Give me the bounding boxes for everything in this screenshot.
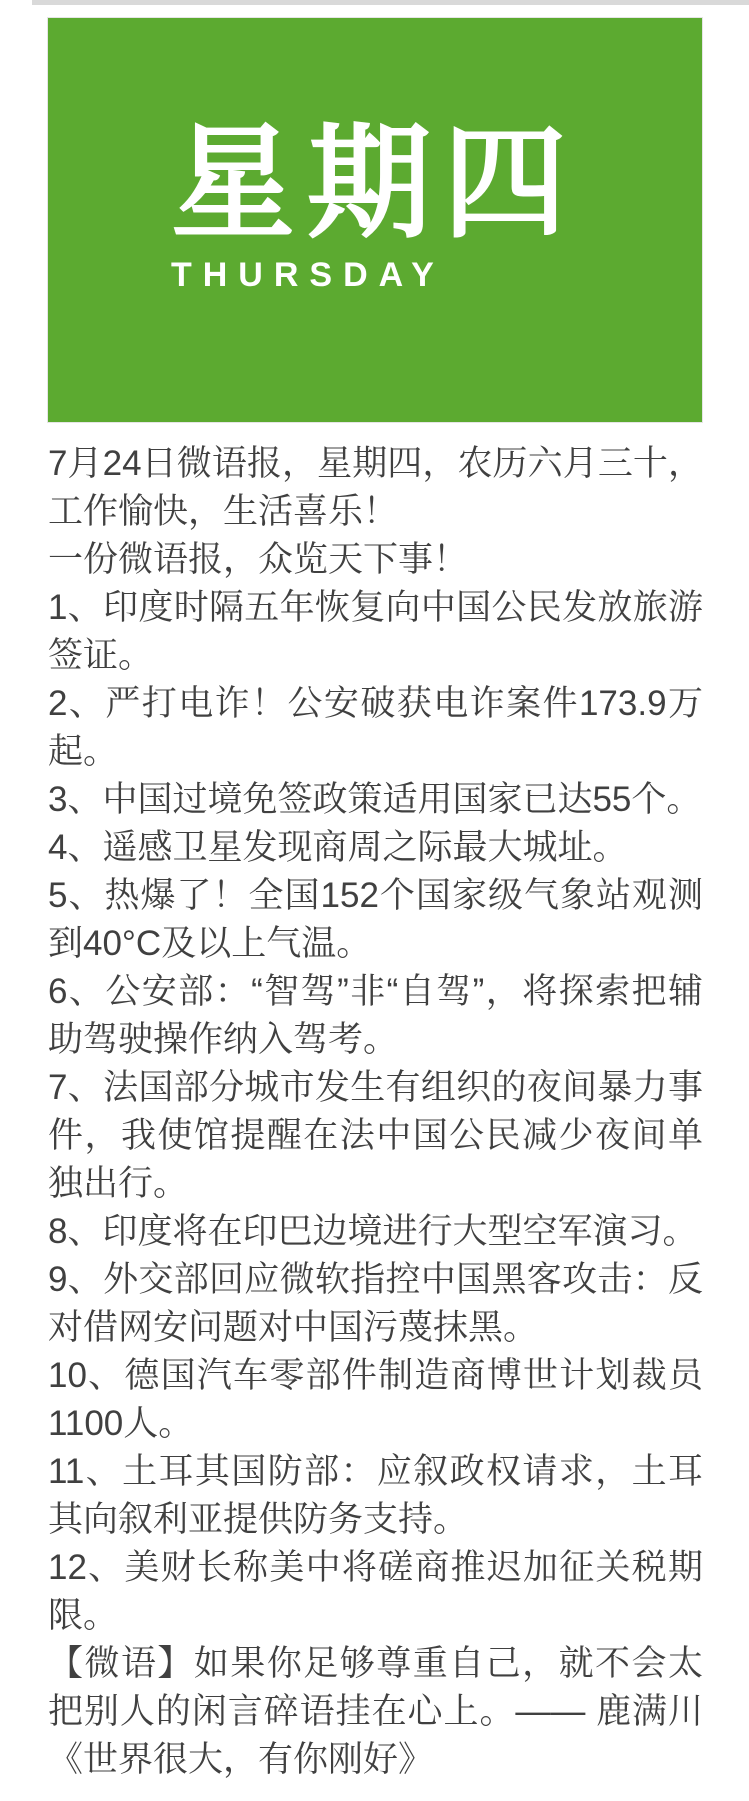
weekday-chinese-text: 星期四 — [171, 122, 579, 246]
news-item: 1、印度时隔五年恢复向中国公民发放旅游签证。 — [48, 584, 703, 680]
news-item: 8、印度将在印巴边境进行大型空军演习。 — [48, 1208, 703, 1256]
news-item: 5、热爆了！全国152个国家级气象站观测到40°C及以上气温。 — [48, 872, 703, 968]
weekday-banner: 星期四 THURSDAY — [48, 18, 702, 422]
news-list: 1、印度时隔五年恢复向中国公民发放旅游签证。 2、严打电诈！公安破获电诈案件17… — [48, 584, 703, 1640]
news-item: 10、德国汽车零部件制造商博世计划裁员1100人。 — [48, 1352, 703, 1448]
news-item: 3、中国过境免签政策适用国家已达55个。 — [48, 776, 703, 824]
weibao-news-image: 星期四 THURSDAY 7月24日微语报，星期四，农历六月三十，工作愉快，生活… — [0, 0, 749, 1801]
top-edge-artifact — [32, 0, 749, 5]
news-item: 12、美财长称美中将磋商推迟加征关税期限。 — [48, 1544, 703, 1640]
weekday-english-text: THURSDAY — [171, 258, 579, 292]
intro-greeting: 7月24日微语报，星期四，农历六月三十，工作愉快，生活喜乐！ — [48, 440, 703, 536]
news-item: 11、土耳其国防部：应叙政权请求，土耳其向叙利亚提供防务支持。 — [48, 1448, 703, 1544]
closing-quote: 【微语】如果你足够尊重自己，就不会太把别人的闲言碎语挂在心上。—— 鹿满川《世界… — [48, 1640, 703, 1784]
news-item: 7、法国部分城市发生有组织的夜间暴力事件，我使馆提醒在法中国公民减少夜间单独出行… — [48, 1064, 703, 1208]
news-report-body: 7月24日微语报，星期四，农历六月三十，工作愉快，生活喜乐！ 一份微语报，众览天… — [48, 440, 703, 1784]
news-item: 9、外交部回应微软指控中国黑客攻击：反对借网安问题对中国污蔑抹黑。 — [48, 1256, 703, 1352]
news-item: 6、公安部：“智驾”非“自驾”，将探索把辅助驾驶操作纳入驾考。 — [48, 968, 703, 1064]
news-item: 2、严打电诈！公安破获电诈案件173.9万起。 — [48, 680, 703, 776]
intro-tagline: 一份微语报，众览天下事！ — [48, 536, 703, 584]
weekday-banner-content: 星期四 THURSDAY — [171, 122, 579, 318]
news-item: 4、遥感卫星发现商周之际最大城址。 — [48, 824, 703, 872]
